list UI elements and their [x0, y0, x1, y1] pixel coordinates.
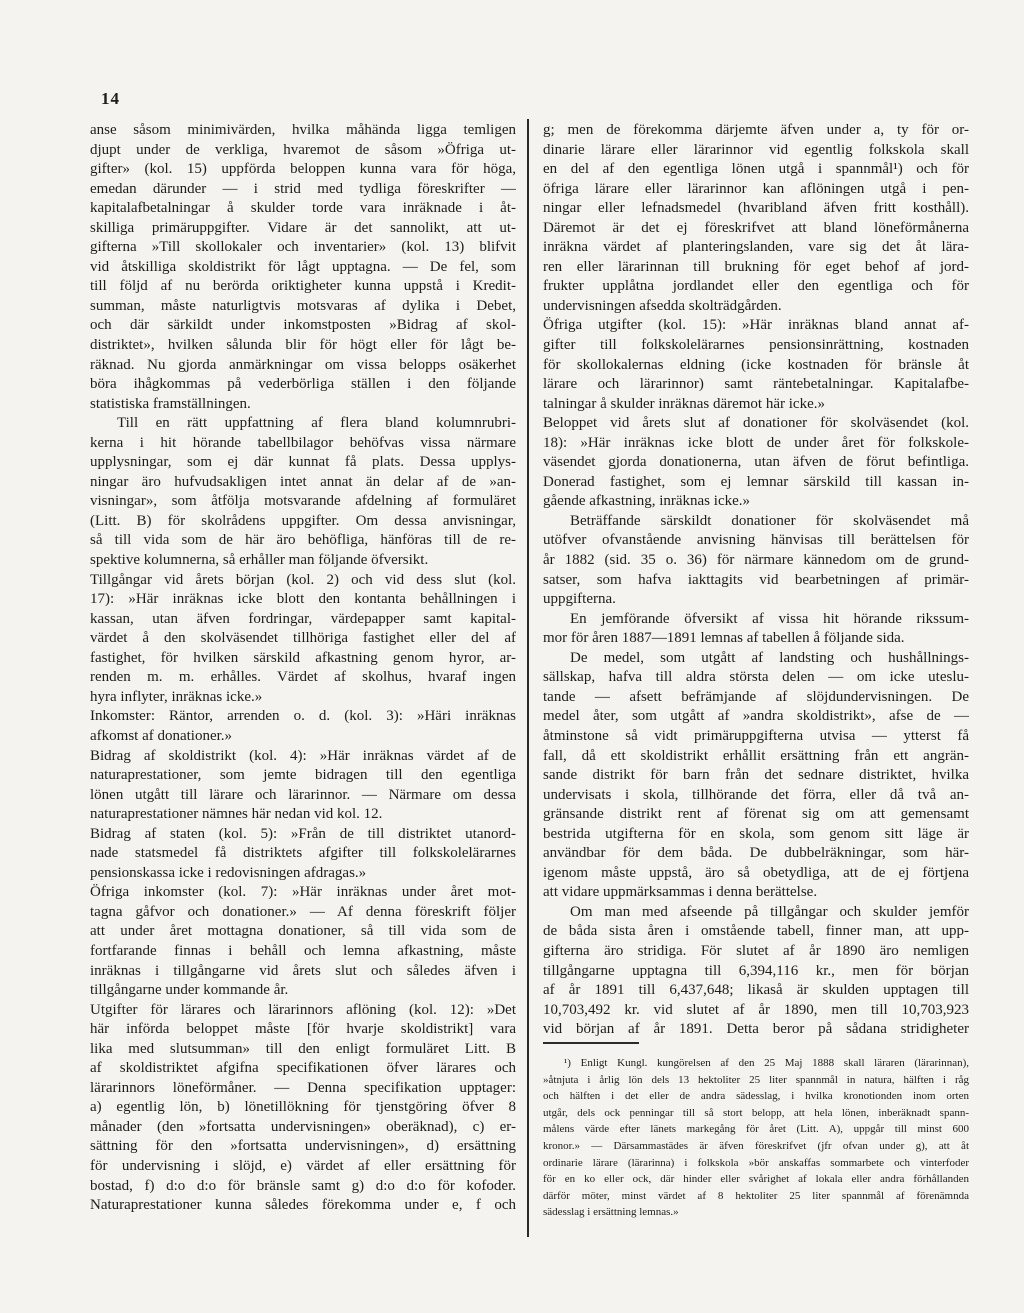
text-line: ningar äro hufvudsakligen intet annat än…: [90, 473, 516, 493]
text-line: gående afkastning, inräknas icke.»: [543, 492, 969, 512]
text-line: så till vida som de här äro behöfliga, h…: [90, 531, 516, 551]
text-line: tillgångarne upptagna till 6,394,116 kr.…: [543, 962, 969, 982]
paragraph: Öfriga utgifter (kol. 15): »Här inräknas…: [543, 316, 969, 414]
text-line: fastighet, för hvilken särskild afkastni…: [90, 649, 516, 669]
text-line: gränsande distrikt rent af förenat sig o…: [543, 805, 969, 825]
text-line: sädesslag i ersättning lemnas.»: [543, 1204, 969, 1221]
text-line: lärarinnors löneförmåner. — Denna specif…: [90, 1079, 516, 1099]
text-line: kerna i hit hörande tabellbilagor behöfv…: [90, 434, 516, 454]
text-line: en del af den egentliga lönen utgå i spa…: [543, 160, 969, 180]
text-line: kassan, utan äfven fordringar, värdepapp…: [90, 610, 516, 630]
text-line: djupt under de verkliga, hvaremot de sås…: [90, 141, 516, 161]
text-line: de båda sista åren i omstående tabell, f…: [543, 922, 969, 942]
text-line: lika med slutsumman» till den enligt for…: [90, 1040, 516, 1060]
text-line: frukter upplåtna jordlandet eller den eg…: [543, 277, 969, 297]
text-line: sättning för den »fortsatta undervisning…: [90, 1137, 516, 1157]
text-line: ren eller lärarinnan till brukning för e…: [543, 258, 969, 278]
text-line: Inkomster: Räntor, arrenden o. d. (kol. …: [90, 707, 516, 727]
text-line: Naturaprestationer kunna således förekom…: [90, 1196, 516, 1216]
text-line: öfriga lärare eller lärarinnor kan aflön…: [543, 180, 969, 200]
text-line: distriktet», hvilken sålunda blir för hö…: [90, 336, 516, 356]
column-divider-rule: [527, 119, 529, 1237]
text-line: (Litt. B) för skolrådens uppgifter. Om d…: [90, 512, 516, 532]
text-line: Utgifter för lärares och lärarinnors afl…: [90, 1001, 516, 1021]
text-line: 17): »Här inräknas icke blott den kontan…: [90, 590, 516, 610]
text-line: år 1882 (sid. 35 o. 36) för närmare känn…: [543, 551, 969, 571]
text-line: a) egentlig lön, b) lönetillökning för t…: [90, 1098, 516, 1118]
text-line: Donerad fastighet, som ej lemnar särskil…: [543, 473, 969, 493]
text-line: naturaprestationer, som jemte bidragen t…: [90, 766, 516, 786]
paragraph: Inkomster: Räntor, arrenden o. d. (kol. …: [90, 707, 516, 746]
text-line: Tillgångar vid årets början (kol. 2) och…: [90, 571, 516, 591]
text-line: talningar å skulder inräknas däremot här…: [543, 395, 969, 415]
text-line: spektive kolumnerna, så erhåller man föl…: [90, 551, 516, 571]
text-line: Öfriga utgifter (kol. 15): »Här inräknas…: [543, 316, 969, 336]
text-line: vid åtskilliga skoldistrikt för lågt upp…: [90, 258, 516, 278]
text-line: därför möter, minst värdet af 8 hektolit…: [543, 1188, 969, 1205]
text-line: summan, måste naturligtvis motsvaras af …: [90, 297, 516, 317]
footnote: ¹) Enligt Kungl. kungörelsen af den 25 M…: [543, 1055, 969, 1221]
paragraph: g; men de förekomma därjemte äfven under…: [543, 121, 969, 316]
text-line: skilliga primäruppgifter. Vidare är det …: [90, 219, 516, 239]
text-line: af skoldistriktet afgifna specifikatione…: [90, 1059, 516, 1079]
text-line: lärare och lärarinnor) samt räntebetalni…: [543, 375, 969, 395]
text-line: ningar eller lefnadsmedel (hvaribland äf…: [543, 199, 969, 219]
text-line: 18): »Här inräknas icke blott de under å…: [543, 434, 969, 454]
text-line: Bidrag af skoldistrikt (kol. 4): »Här in…: [90, 747, 516, 767]
text-line: böra ihågkommas på vederbörliga ställen …: [90, 375, 516, 395]
text-line: för skollokalernas eldning (icke kostnad…: [543, 356, 969, 376]
text-line: pensionskassa icke i redovisningen afdra…: [90, 864, 516, 884]
paragraph: De medel, som utgått af landsting och hu…: [543, 649, 969, 903]
text-line: mor för åren 1887—1891 lemnas af tabelle…: [543, 629, 969, 649]
text-line: lönen utgått till lärare och lärarinnor.…: [90, 786, 516, 806]
text-line: satser, som hafva iakttagits vid bearbet…: [543, 571, 969, 591]
text-line: Däremot är det ej föreskrifvet att bland…: [543, 219, 969, 239]
text-line: vid början af år 1891. Detta beror på så…: [543, 1020, 969, 1040]
text-line: sande distrikt för barn från det sednare…: [543, 766, 969, 786]
text-line: undervisningen afsedda skolträdgården.: [543, 297, 969, 317]
text-line: emedan därunder — i strid med tydliga fö…: [90, 180, 516, 200]
text-line: gifter» (kol. 15) uppförda beloppen kunn…: [90, 160, 516, 180]
paragraph: Bidrag af skoldistrikt (kol. 4): »Här in…: [90, 747, 516, 825]
text-line: uppgifterna.: [543, 590, 969, 610]
text-line: upplysningar, som ej där kunnat få plats…: [90, 453, 516, 473]
text-line: inräkna värdet af planteringslanden, var…: [543, 238, 969, 258]
text-line: till följd af nu berörda oriktigheter ku…: [90, 277, 516, 297]
text-line: åtminstone så vidt primäruppgifterna utv…: [543, 727, 969, 747]
text-line: »åtnjuta i årlig lön dels 13 hektoliter …: [543, 1072, 969, 1089]
text-line: Beloppet vid årets slut af donationer fö…: [543, 414, 969, 434]
page-number: 14: [101, 89, 120, 109]
text-line: tagna gåfvor och donationer.» — Af denna…: [90, 903, 516, 923]
footnote-separator-rule: [543, 1042, 639, 1044]
text-line: 10,703,492 kr. vid slutet af år 1890, me…: [543, 1001, 969, 1021]
text-line: Till en rätt uppfattning af flera bland …: [90, 414, 516, 434]
text-line: bestrida utgifterna för en skola, som ge…: [543, 825, 969, 845]
text-line: visningar», som åtfölja motsvarande afde…: [90, 492, 516, 512]
paragraph: anse såsom minimivärden, hvilka måhända …: [90, 121, 516, 414]
paragraph: En jemförande öfversikt af vissa hit hör…: [543, 610, 969, 649]
text-line: Öfriga inkomster (kol. 7): »Här inräknas…: [90, 883, 516, 903]
text-line: renden m. m. erhålles. Värdet af skolhus…: [90, 668, 516, 688]
text-line: inräknas i tillgångarne vid årets slut o…: [90, 962, 516, 982]
text-line: och där särkildt under inkomstposten »Bi…: [90, 316, 516, 336]
text-line: användbar för dem båda. De dubbelräkning…: [543, 844, 969, 864]
text-line: månader (den »fortsatta undervisningen» …: [90, 1118, 516, 1138]
text-line: bostad, f) d:o d:o för bränsle samt g) d…: [90, 1177, 516, 1197]
text-line: afkomst af donationer.»: [90, 727, 516, 747]
text-line: gifterna »Till skollokaler och inventari…: [90, 238, 516, 258]
text-line: kronor.» — Därsammastädes är äfven föres…: [543, 1138, 969, 1155]
text-line: väsendet gjorda donationerna, utan äfven…: [543, 453, 969, 473]
text-line: De medel, som utgått af landsting och hu…: [543, 649, 969, 669]
text-line: fall, då ett skoldistrikt erhållit ersät…: [543, 747, 969, 767]
text-line: anse såsom minimivärden, hvilka måhända …: [90, 121, 516, 141]
text-line: värdet å den skolväsendet tillhöriga fas…: [90, 629, 516, 649]
text-line: igenom måste uppstå, äro så obetydliga, …: [543, 864, 969, 884]
text-line: g; men de förekomma därjemte äfven under…: [543, 121, 969, 141]
text-line: och hälften i det eller de andra sädessl…: [543, 1088, 969, 1105]
document-page: 14 anse såsom minimivärden, hvilka måhän…: [0, 0, 1024, 1313]
paragraph: Beträffande särskildt donationer för sko…: [543, 512, 969, 610]
text-line: dinarie lärare eller lärarinnor vid egen…: [543, 141, 969, 161]
text-line: sällskap, hafva till aldra största delen…: [543, 668, 969, 688]
text-line: utgår, dels ock penningar till så stort …: [543, 1105, 969, 1122]
text-line: för undervisning i slöjd, e) värdet af e…: [90, 1157, 516, 1177]
paragraph: ¹) Enligt Kungl. kungörelsen af den 25 M…: [543, 1055, 969, 1221]
text-line: af år 1891 till 6,437,648; likaså är sku…: [543, 981, 969, 1001]
text-line: här införda beloppet måste [för hvarje s…: [90, 1020, 516, 1040]
text-line: medel åter, som utgått af »andra skoldis…: [543, 707, 969, 727]
text-line: tillgångarne under kommande år.: [90, 981, 516, 1001]
text-line: räknad. Nu gjorda anmärkningar om vissa …: [90, 356, 516, 376]
text-line: tande — afsett befrämjande af slöjdunder…: [543, 688, 969, 708]
text-line: gifterna äro stridiga. För slutet af år …: [543, 942, 969, 962]
text-line: Om man med afseende på tillgångar och sk…: [543, 903, 969, 923]
text-line: målens värde efter länets markegång för …: [543, 1121, 969, 1138]
text-line: kapitalafbetalningar å skulder torde var…: [90, 199, 516, 219]
paragraph: Utgifter för lärares och lärarinnors afl…: [90, 1001, 516, 1216]
text-line: att under året mottagna donationer, så t…: [90, 922, 516, 942]
text-line: för en ko eller ock, där hinder eller sv…: [543, 1171, 969, 1188]
paragraph: Om man med afseende på tillgångar och sk…: [543, 903, 969, 1040]
right-column: g; men de förekomma därjemte äfven under…: [543, 121, 969, 1040]
paragraph: Beloppet vid årets slut af donationer fö…: [543, 414, 969, 512]
paragraph: Öfriga inkomster (kol. 7): »Här inräknas…: [90, 883, 516, 1000]
text-line: undervisats i skola, tillhörande det för…: [543, 786, 969, 806]
text-line: Bidrag af staten (kol. 5): »Från de till…: [90, 825, 516, 845]
text-line: statistiska framställningen.: [90, 395, 516, 415]
text-line: nade statsmedel få distriktets afgifter …: [90, 844, 516, 864]
paragraph: Bidrag af staten (kol. 5): »Från de till…: [90, 825, 516, 884]
text-line: En jemförande öfversikt af vissa hit hör…: [543, 610, 969, 630]
text-line: att vidare uppmärksammas i denna berätte…: [543, 883, 969, 903]
left-column: anse såsom minimivärden, hvilka måhända …: [90, 121, 516, 1216]
text-line: ¹) Enligt Kungl. kungörelsen af den 25 M…: [543, 1055, 969, 1072]
text-line: gifter till folkskolelärarnes pensionsin…: [543, 336, 969, 356]
text-line: ordinarie lärare (lärarinna) i folkskola…: [543, 1155, 969, 1172]
text-line: utöfver ofvanstående anvisning hänvisas …: [543, 531, 969, 551]
paragraph: Till en rätt uppfattning af flera bland …: [90, 414, 516, 570]
text-line: hyra inflyter, inräknas icke.»: [90, 688, 516, 708]
text-line: Beträffande särskildt donationer för sko…: [543, 512, 969, 532]
paragraph: Tillgångar vid årets början (kol. 2) och…: [90, 571, 516, 708]
text-line: fortfarande finnas i behåll och lemna af…: [90, 942, 516, 962]
text-line: naturaprestationer nämnes här nedan vid …: [90, 805, 516, 825]
